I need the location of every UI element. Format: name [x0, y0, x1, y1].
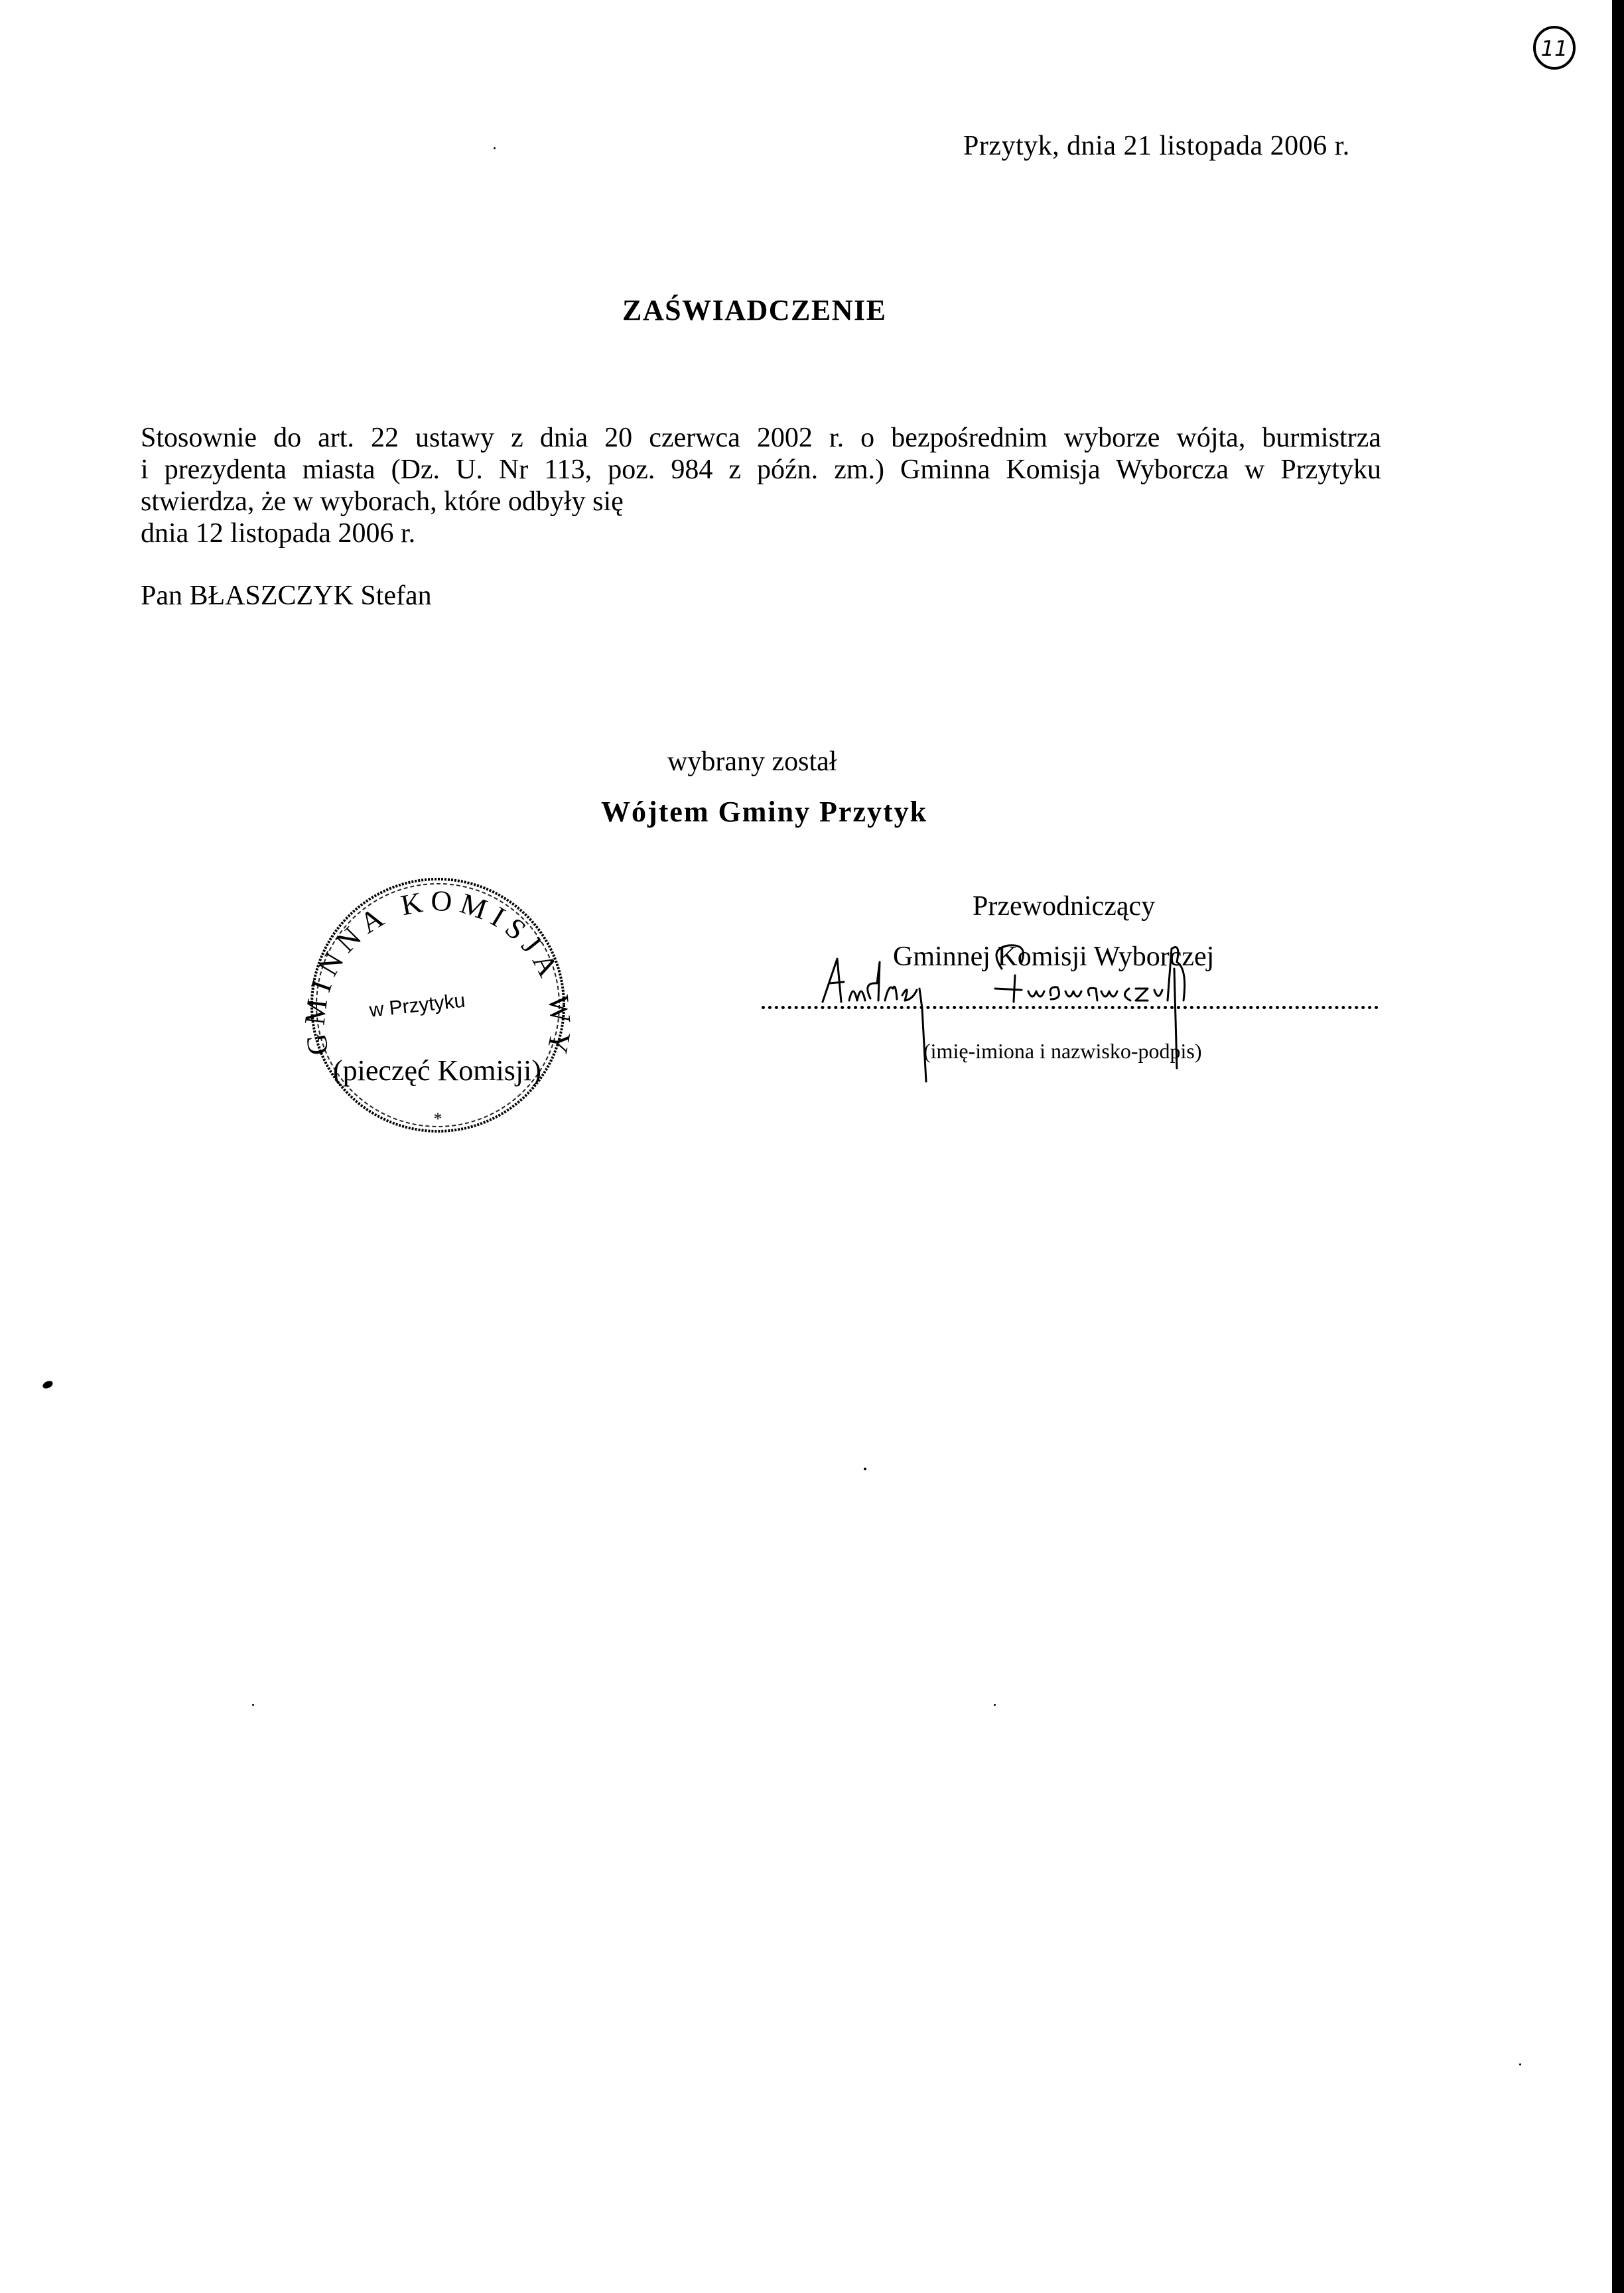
stamp-caption: (pieczęć Komisji)	[333, 1054, 541, 1087]
body-line: i prezydenta miasta (Dz. U. Nr 113, poz.…	[141, 454, 1381, 486]
signature-caption: (imię-imiona i nazwisko-podpis)	[923, 1039, 1201, 1064]
body-line: dnia 12 listopada 2006 r.	[141, 518, 1381, 549]
svg-text:w Przytyku: w Przytyku	[368, 990, 466, 1022]
svg-text:*: *	[434, 1109, 442, 1129]
scan-speck	[42, 1379, 54, 1390]
place-and-date: Przytyk, dnia 21 listopada 2006 r.	[963, 130, 1350, 162]
scan-speck	[1519, 2063, 1521, 2065]
handwritten-page-number: 11	[1530, 23, 1579, 72]
scan-speck	[494, 147, 496, 149]
handwritten-signature	[796, 936, 1300, 1088]
body-line: stwierdza, że w wyborach, które odbyły s…	[141, 486, 1381, 518]
scan-speck	[252, 1704, 254, 1706]
chairman-title: Przewodniczący	[973, 890, 1155, 922]
commission-stamp: GMINNA KOMISJA WYBORCZA w Przytyku *	[292, 863, 584, 1141]
scan-speck	[994, 1704, 996, 1706]
certificate-body: Stosownie do art. 22 ustawy z dnia 20 cz…	[141, 422, 1381, 549]
document-title: ZAŚWIADCZENIE	[622, 293, 886, 327]
elected-label: wybrany został	[667, 746, 837, 778]
body-line: Stosownie do art. 22 ustawy z dnia 20 cz…	[141, 422, 1381, 454]
svg-text:11: 11	[1541, 36, 1568, 61]
scan-speck	[864, 1468, 866, 1470]
elected-office: Wójtem Gminy Przytyk	[601, 795, 927, 829]
svg-text:GMINNA KOMISJA WYBORCZA: GMINNA KOMISJA WYBORCZA	[292, 863, 577, 1062]
elected-person: Pan BŁASZCZYK Stefan	[141, 580, 432, 612]
scan-border	[1612, 0, 1624, 2293]
